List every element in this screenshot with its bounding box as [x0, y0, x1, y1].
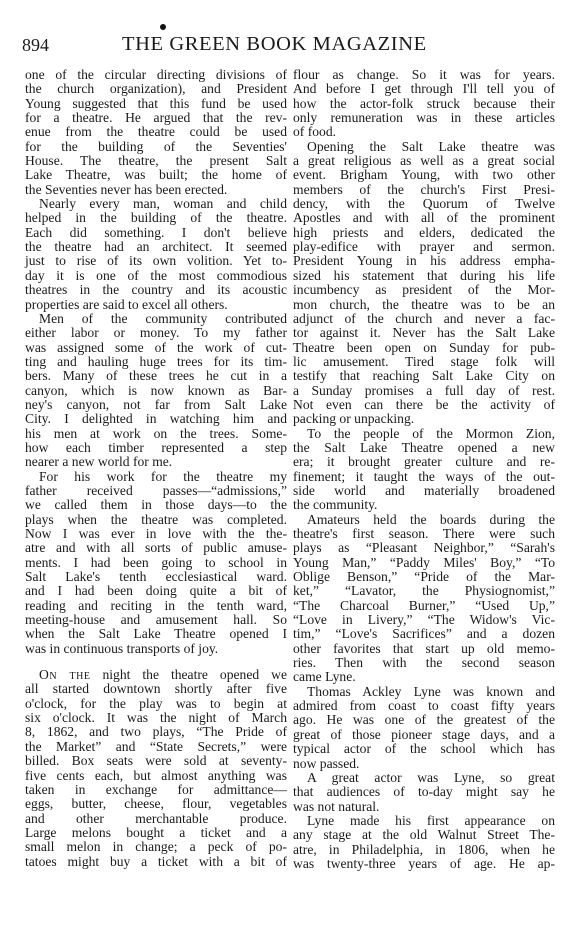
text-line: the community.: [293, 498, 555, 512]
text-line: 8, 1862, and two plays, “The Pride of: [25, 725, 287, 739]
text-line: Young suggested that this fund be used: [25, 97, 287, 111]
text-line: the church organization), and President: [25, 82, 287, 96]
text-line: Nearly every man, woman and child: [25, 197, 287, 211]
text-line: A great actor was Lyne, so great: [293, 771, 555, 785]
text-line: theatre's first season. There were such: [293, 527, 555, 541]
text-line: all started downtown shortly after five: [25, 682, 287, 696]
text-line: only remuneration was in these articles: [293, 111, 555, 125]
text-line: a great religious as well as a great soc…: [293, 154, 555, 168]
text-line: the Salt Lake Theatre opened a new: [293, 441, 555, 455]
text-line: Each did something. I don't believe: [25, 226, 287, 240]
text-line: five cents each, but almost anything was: [25, 769, 287, 783]
text-line: the Market” and “State Secrets,” were: [25, 740, 287, 754]
text-line: and I had been doing quite a bit of: [25, 584, 287, 598]
text-line: Salt Lake's tenth ecclesiastical ward.: [25, 570, 287, 584]
text-line: was not natural.: [293, 800, 555, 814]
text-line: came Lyne.: [293, 670, 555, 684]
text-line: for the building of the Seventies': [25, 140, 287, 154]
text-line: plays as “Pleasant Neighbor,” “Sarah's: [293, 541, 555, 555]
running-title: THE GREEN BOOK MAGAZINE: [122, 33, 427, 56]
text-line: To the people of the Mormon Zion,: [293, 427, 555, 441]
text-line: nearer a new world for me.: [25, 455, 287, 469]
text-line: just to rise of its own volition. Yet to…: [25, 254, 287, 268]
text-line: when the Salt Lake Theatre opened I: [25, 627, 287, 641]
text-line: Large melons bought a ticket and a: [25, 826, 287, 840]
text-line: “The Charcoal Burner,” “Used Up,”: [293, 599, 555, 613]
text-line: was twenty-three years of age. He ap-: [293, 857, 555, 871]
text-line: members of the church's First Presi-: [293, 183, 555, 197]
text-line: tim,” “Love's Sacrifices” and a dozen: [293, 627, 555, 641]
text-line: atre, in Philadelphia, in 1806, when he: [293, 843, 555, 857]
text-line: Not even can there be the activity of: [293, 398, 555, 412]
right-column: flour as change. So it was for years.And…: [293, 68, 555, 871]
text-line: a Sunday promises a full day of rest.: [293, 384, 555, 398]
text-line: President Young in his address empha-: [293, 254, 555, 268]
text-line: theatres in the country and its acoustic: [25, 283, 287, 297]
text-line: ting and hauling huge trees for its tim-: [25, 355, 287, 369]
text-line: Young Man,” “Paddy Miles' Boy,” “To: [293, 556, 555, 570]
text-line: reading and reciting in the tenth ward,: [25, 599, 287, 613]
text-line: was assigned some of the work of cut-: [25, 341, 287, 355]
text-line: incumbency as president of the Mor-: [293, 283, 555, 297]
text-line: testify that reaching Salt Lake City on: [293, 369, 555, 383]
text-line: other favorites that start up old memo-: [293, 642, 555, 656]
left-column: one of the circular directing divisions …: [25, 68, 287, 869]
text-line: ments. I had been going to school in: [25, 556, 287, 570]
text-line: canyon, which is now known as Bar-: [25, 384, 287, 398]
text-line: For his work for the theatre my: [25, 470, 287, 484]
text-line: And before I get through I'll tell you o…: [293, 82, 555, 96]
text-line: Lake Theatre, was built; the home of: [25, 168, 287, 182]
text-line: high priests and elders, dedicated the: [293, 226, 555, 240]
text-line: we called them in those days—to the: [25, 498, 287, 512]
text-line: his men at work on the trees. Some-: [25, 427, 287, 441]
text-line: was in continuous transports of joy.: [25, 642, 287, 656]
text-line: adjunct of the church and never a fac-: [293, 312, 555, 326]
text-line: Lyne made his first appearance on: [293, 814, 555, 828]
text-line: House. The theatre, the present Salt: [25, 154, 287, 168]
text-line: for a theatre. He argued that the rev-: [25, 111, 287, 125]
text-line: ney's canyon, not far from Salt Lake: [25, 398, 287, 412]
text-line: taken in exchange for admittance—: [25, 783, 287, 797]
text-line: properties are said to excel all others.: [25, 298, 287, 312]
text-line: great of those pioneer stage days, and a: [293, 728, 555, 742]
text-line: packing or unpacking.: [293, 412, 555, 426]
text-line: and other merchantable produce.: [25, 812, 287, 826]
text-line: mon church, the theatre was to be an: [293, 298, 555, 312]
text-line: that audiences of to-day might say he: [293, 785, 555, 799]
section-lead-smallcaps: On the: [39, 667, 90, 682]
text-line: how each timber represented a step: [25, 441, 287, 455]
text-line: event. Brigham Young, with two other: [293, 168, 555, 182]
text-line: enue from the theatre could be used: [25, 125, 287, 139]
text-line: City. I delighted in watching him and: [25, 412, 287, 426]
text-line: eggs, butter, cheese, flour, vegetables: [25, 797, 287, 811]
text-line: Amateurs held the boards during the: [293, 513, 555, 527]
text-line: tor against it. Never has the Salt Lake: [293, 326, 555, 340]
text-line: any stage at the old Walnut Street The-: [293, 828, 555, 842]
page-number: 894: [22, 35, 49, 56]
text-line: the theatre had an architect. It seemed: [25, 240, 287, 254]
ink-blot: [160, 24, 166, 30]
text-line: dency, with the Quorum of Twelve: [293, 197, 555, 211]
text-line: Now I was ever in love with the the-: [25, 527, 287, 541]
text-line: finement; it taught the ways of the out-: [293, 470, 555, 484]
text-line: bers. Many of these trees he cut in a: [25, 369, 287, 383]
text-line: era; it brought greater culture and re-: [293, 455, 555, 469]
text-line: either labor or money. To my father: [25, 326, 287, 340]
text-line: ries. Then with the second season: [293, 656, 555, 670]
text-line: atre and with all sorts of public amuse-: [25, 541, 287, 555]
text-line: On the night the theatre opened we: [25, 668, 287, 682]
text-line: father received passes—“admissions,”: [25, 484, 287, 498]
text-line: of food.: [293, 125, 555, 139]
text-line: how the actor-folk struck because their: [293, 97, 555, 111]
text-line: play-edifice with prayer and sermon.: [293, 240, 555, 254]
text-line: Oblige Benson,” “Pride of the Mar-: [293, 570, 555, 584]
text-line: side world and materially broadened: [293, 484, 555, 498]
text-line: o'clock, for the play was to begin at: [25, 697, 287, 711]
text-line: billed. Box seats were sold at seventy-: [25, 754, 287, 768]
text-line: Theatre been open on Sunday for pub-: [293, 341, 555, 355]
text-line: meeting-house and amusement hall. So: [25, 613, 287, 627]
text-line: tatoes might buy a ticket with a bit of: [25, 855, 287, 869]
page-header: 894 THE GREEN BOOK MAGAZINE: [22, 33, 552, 57]
text-line: ago. He was one of the greatest of the: [293, 713, 555, 727]
text-line: Thomas Ackley Lyne was known and: [293, 685, 555, 699]
text-line: one of the circular directing divisions …: [25, 68, 287, 82]
text-line: Men of the community contributed: [25, 312, 287, 326]
text-line: small melon in change; a peck of po-: [25, 840, 287, 854]
text-line: six o'clock. It was the night of March: [25, 711, 287, 725]
text-line: ket,” “Lavator, the Physiognomist,”: [293, 584, 555, 598]
text-line: typical actor of the school which has: [293, 742, 555, 756]
text-line: Apostles and with all of the prominent: [293, 211, 555, 225]
text-line: now passed.: [293, 757, 555, 771]
text-line: sized his statement that during his life: [293, 269, 555, 283]
text-line: lic amusement. Tired stage folk will: [293, 355, 555, 369]
text-line: helped in the building of the theatre.: [25, 211, 287, 225]
text-line: “Love in Livery,” “The Widow's Vic-: [293, 613, 555, 627]
text-line: plays when the theatre was completed.: [25, 513, 287, 527]
text-line: admired from coast to coast fifty years: [293, 699, 555, 713]
text-line: the Seventies never has been erected.: [25, 183, 287, 197]
text-line: flour as change. So it was for years.: [293, 68, 555, 82]
text-line: day it is one of the most commodious: [25, 269, 287, 283]
text-line: Opening the Salt Lake theatre was: [293, 140, 555, 154]
